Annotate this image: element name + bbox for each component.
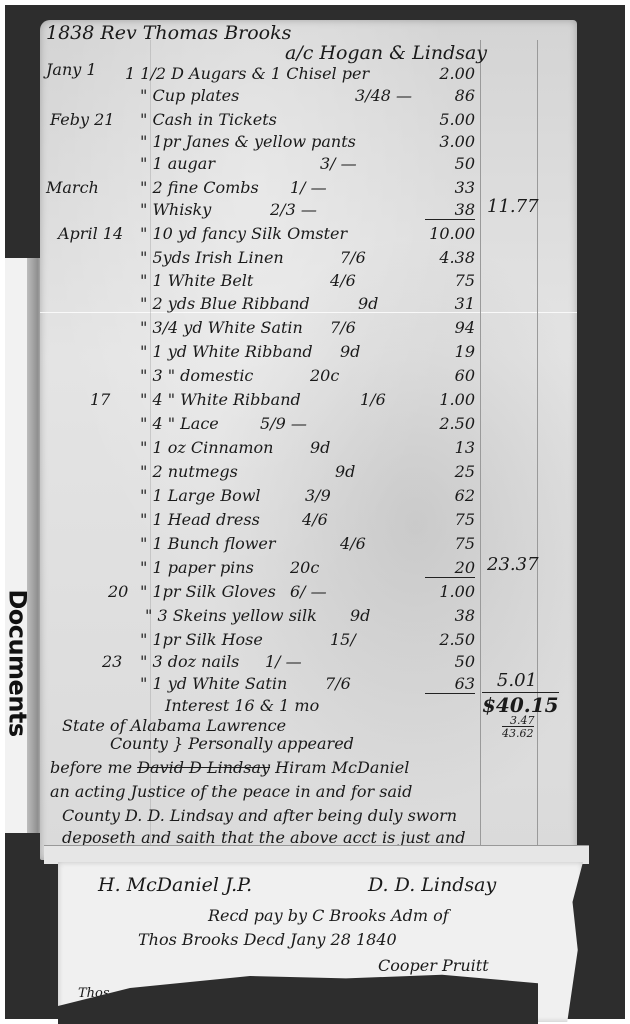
entry-item: " 1pr Janes & yellow pants: [140, 132, 356, 151]
entry-item: " 3 " domestic: [140, 366, 253, 385]
entry-amount: 2.50: [425, 414, 475, 433]
entry-item: " Cash in Tickets: [140, 110, 277, 129]
entry-rate: 3/ —: [320, 154, 357, 173]
entry-date: March: [46, 178, 99, 197]
entry-amount: 60: [425, 366, 475, 385]
entry-item: " 5yds Irish Linen: [140, 248, 284, 267]
amount-column-rule: [480, 40, 481, 850]
entry-item: " 3 Skeins yellow silk: [145, 606, 317, 625]
affiant-signature: D. D. Lindsay: [368, 874, 496, 896]
justice-signature: H. McDaniel J.P.: [98, 874, 252, 896]
entry-rate: 9d: [310, 438, 330, 457]
interest-line: Interest 16 & 1 mo: [165, 696, 319, 715]
entry-date: April 14: [58, 224, 123, 243]
entry-amount: 1.00: [425, 390, 475, 409]
entry-rate: 20c: [290, 558, 319, 577]
entry-item: " 4 " Lace: [140, 414, 219, 433]
entry-item: " 2 fine Combs: [140, 178, 259, 197]
entry-rate: 15/: [330, 630, 356, 649]
entry-amount: 75: [425, 271, 475, 290]
receipt-line-1: Recd pay by C Brooks Adm of: [208, 906, 449, 925]
entry-amount: 38: [425, 606, 475, 625]
affidavit-line-1: State of Alabama Lawrence: [62, 716, 286, 735]
entry-item: " 1pr Silk Hose: [140, 630, 263, 649]
entry-rate: 2/3 —: [270, 200, 317, 219]
entry-rate: 1/6: [360, 390, 386, 409]
entry-item: " 10 yd fancy Silk Omster: [140, 224, 347, 243]
entry-rate: 7/6: [340, 248, 366, 267]
folder-tab-label: Documents: [4, 589, 32, 736]
affidavit-line-3: before me David D Lindsay Hiram McDaniel: [50, 758, 409, 777]
entry-item: " 1pr Silk Gloves: [140, 582, 276, 601]
entry-amount: 13: [425, 438, 475, 457]
entry-amount: 2.00: [425, 64, 475, 83]
entry-amount: 3.00: [425, 132, 475, 151]
entry-date: 20: [108, 582, 128, 601]
entry-amount: 31: [425, 294, 475, 313]
entry-rate: 4/6: [302, 510, 328, 529]
entry-rate: 9d: [340, 342, 360, 361]
entry-date: Feby 21: [50, 110, 114, 129]
entry-item: " 3/4 yd White Satin: [140, 318, 303, 337]
entry-amount: 5.00: [425, 110, 475, 129]
entry-rate: 6/ —: [290, 582, 327, 601]
entry-rate: 1/ —: [290, 178, 327, 197]
entry-item: 1 1/2 D Augars & 1 Chisel per: [125, 64, 369, 83]
entry-rate: 9d: [350, 606, 370, 625]
affidavit-line-2: County } Personally appeared: [110, 734, 354, 753]
entry-rate: 4/6: [340, 534, 366, 553]
account-with: a/c Hogan & Lindsay: [285, 42, 487, 64]
entry-item: " 1 yd White Satin: [140, 674, 287, 693]
entry-subtotal: 11.77: [487, 196, 537, 217]
affidavit-justice-name: Hiram McDaniel: [270, 758, 409, 777]
entry-amount: 10.00: [425, 224, 475, 243]
entry-item: " 1 augar: [140, 154, 215, 173]
entry-amount: 33: [425, 178, 475, 197]
entry-amount: 75: [425, 534, 475, 553]
entry-item: " Whisky: [140, 200, 211, 219]
entry-rate: 4/6: [330, 271, 356, 290]
entry-item: " 4 " White Ribband: [140, 390, 301, 409]
entry-amount: 94: [425, 318, 475, 337]
affidavit-line-5: County D. D. Lindsay and after being dul…: [62, 806, 457, 825]
entry-rate: 7/6: [325, 674, 351, 693]
entry-rate: 5/9 —: [260, 414, 307, 433]
folder-edge: Documents: [5, 258, 45, 833]
entry-amount: 75: [425, 510, 475, 529]
entry-amount: 38: [425, 200, 475, 220]
entry-amount: 50: [425, 154, 475, 173]
entry-rate: 9d: [335, 462, 355, 481]
entry-amount: 4.38: [425, 248, 475, 267]
entry-item: " 2 yds Blue Ribband: [140, 294, 310, 313]
entry-amount: 86: [425, 86, 475, 105]
entry-item: " 1 paper pins: [140, 558, 254, 577]
entry-rate: 3/9: [305, 486, 331, 505]
entry-rate: 20c: [310, 366, 339, 385]
entry-item: " 2 nutmegs: [140, 462, 238, 481]
entry-item: " 1 Head dress: [140, 510, 260, 529]
entry-subtotal: 23.37: [487, 554, 537, 575]
receipt-line-2: Thos Brooks Decd Jany 28 1840: [138, 930, 397, 949]
entry-item: " Cup plates: [140, 86, 239, 105]
subtotal-column-rule: [537, 40, 538, 850]
entry-amount: 19: [425, 342, 475, 361]
entry-rate: 1/ —: [265, 652, 302, 671]
entry-rate: 9d: [358, 294, 378, 313]
entry-amount: 20: [425, 558, 475, 578]
entry-item: " 1 Large Bowl: [140, 486, 261, 505]
entry-rate: 7/6: [330, 318, 356, 337]
entry-amount: 25: [425, 462, 475, 481]
entry-item: " 1 Bunch flower: [140, 534, 276, 553]
entry-rate: 3/48 —: [355, 86, 412, 105]
receipt-line-3: Cooper Pruitt: [378, 956, 489, 975]
entry-date: Jany 1: [46, 60, 97, 79]
folder-tab: Documents: [7, 578, 29, 748]
entry-date: 23: [102, 652, 122, 671]
entry-item: " 1 oz Cinnamon: [140, 438, 273, 457]
entry-item: " 3 doz nails: [140, 652, 239, 671]
grand-total: 43.62: [502, 726, 534, 740]
entry-subtotal: 5.01: [487, 670, 537, 691]
entry-amount: 63: [425, 674, 475, 694]
entry-item: " 1 yd White Ribband: [140, 342, 313, 361]
affidavit-line-4: an acting Justice of the peace in and fo…: [50, 782, 412, 801]
lower-sheet-edge: [44, 845, 589, 864]
entry-item: " 1 White Belt: [140, 271, 253, 290]
entry-amount: 62: [425, 486, 475, 505]
struck-name: David D Lindsay: [137, 758, 270, 777]
affidavit-before-me: before me: [50, 758, 137, 777]
entry-amount: 1.00: [425, 582, 475, 601]
entry-amount: 2.50: [425, 630, 475, 649]
entry-date: 17: [90, 390, 110, 409]
entry-amount: 50: [425, 652, 475, 671]
ledger-title: 1838 Rev Thomas Brooks: [46, 22, 291, 44]
ledger-sheet: 1838 Rev Thomas Brooks a/c Hogan & Linds…: [40, 20, 577, 860]
